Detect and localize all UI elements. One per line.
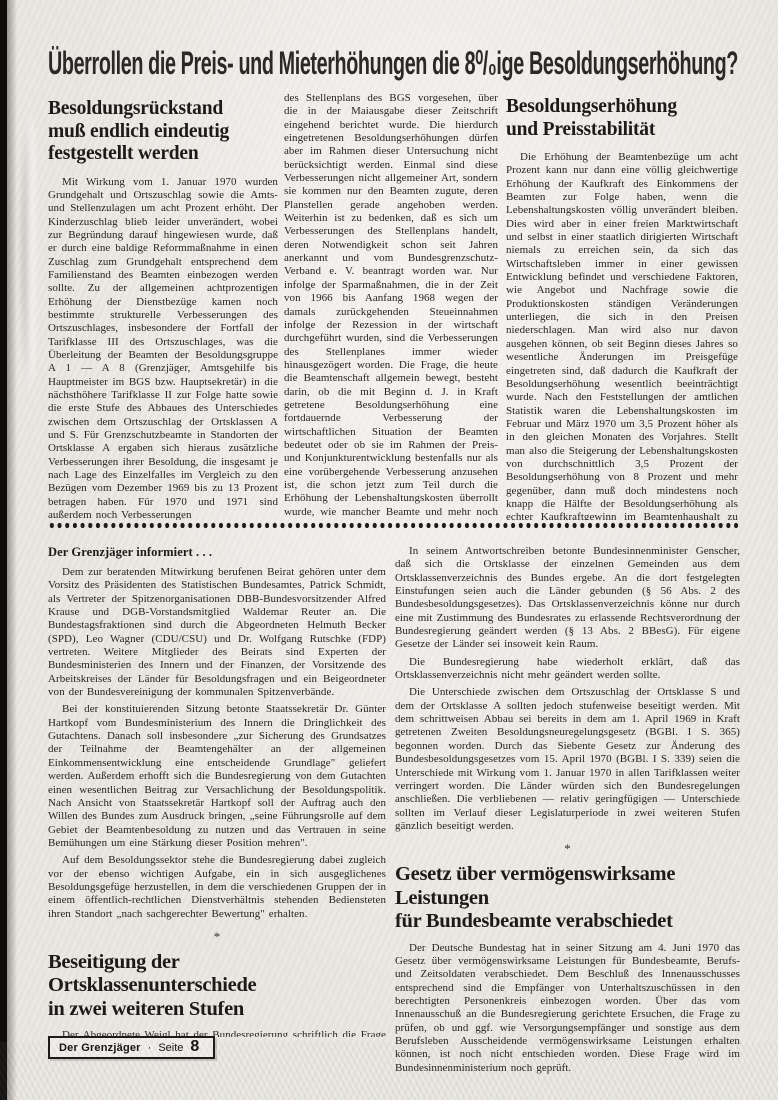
gesetz-subheading-line: für Bundesbeamte verabschiedet bbox=[395, 910, 740, 934]
scan-edge-strip bbox=[0, 0, 7, 1100]
lower-right-column: In seinem Antwortschreiben betonte Bunde… bbox=[395, 545, 740, 1075]
gesetz-subheading-line: Gesetz über vermögenswirksame Leistungen bbox=[395, 863, 740, 910]
main-headline-text: Überrollen die Preis- und Mieterhöhungen… bbox=[48, 44, 738, 82]
asterisk-separator: * bbox=[395, 842, 740, 856]
newspaper-page: Überrollen die Preis- und Mieterhöhungen… bbox=[0, 0, 778, 1100]
lower-left-column: Der Grenzjäger informiert . . . Dem zur … bbox=[48, 545, 386, 1037]
footer-dot-separator: · bbox=[148, 1042, 152, 1054]
col2-body-text: des Stellenplans des BGS vorgesehen, übe… bbox=[284, 92, 498, 520]
asterisk-separator: * bbox=[48, 930, 386, 944]
scan-artifact-smudge bbox=[22, 116, 38, 388]
gesetz-paragraph: Der Deutsche Bundestag hat in seiner Sit… bbox=[395, 942, 740, 1075]
lower-right-paragraph: In seinem Antwortschreiben betonte Bunde… bbox=[395, 545, 740, 652]
gesetz-subheading: Gesetz über vermögenswirksame Leistungen… bbox=[395, 863, 740, 934]
page-label: Seite bbox=[158, 1042, 183, 1054]
col1-body-text: Mit Wirkung vom 1. Januar 1970 wurden Gr… bbox=[48, 176, 278, 521]
col1-heading: Besoldungsrückstand muß endlich eindeuti… bbox=[48, 98, 278, 166]
main-headline: Überrollen die Preis- und Mieterhöhungen… bbox=[48, 44, 740, 84]
scan-edge-shadow bbox=[7, 0, 17, 1100]
ortsklassen-subheading: Beseitigung der Ortsklassenunterschiede … bbox=[48, 951, 386, 1022]
ortsklassen-subheading-line: in zwei weiteren Stufen bbox=[48, 998, 386, 1022]
page-number: 8 bbox=[190, 1041, 199, 1052]
col1-heading-line: muß endlich eindeutig bbox=[48, 121, 278, 144]
lower-left-paragraph: Bei der konstituierenden Sitzung betonte… bbox=[48, 703, 386, 850]
lower-right-paragraph: Die Unterschiede zwischen dem Ortszuschl… bbox=[395, 686, 740, 833]
page-footer-box: Der Grenzjäger · Seite 8 bbox=[48, 1036, 215, 1059]
lower-left-paragraph: Dem zur beratenden Mitwirkung berufenen … bbox=[48, 566, 386, 699]
col1-heading-line: festgestellt werden bbox=[48, 143, 278, 166]
lower-left-paragraph: Auf dem Besoldungssektor stehe die Bunde… bbox=[48, 854, 386, 921]
publication-name: Der Grenzjäger bbox=[59, 1042, 141, 1054]
column-preisstabilitaet: Besoldungserhöhung und Preisstabilität D… bbox=[506, 94, 738, 520]
col3-heading: Besoldungserhöhung und Preisstabilität bbox=[506, 96, 738, 141]
column-continuation: des Stellenplans des BGS vorgesehen, übe… bbox=[284, 92, 498, 520]
ortsklassen-subheading-line: Beseitigung der Ortsklassenunterschiede bbox=[48, 951, 386, 998]
dotted-divider-ornament bbox=[48, 521, 740, 530]
col3-body-text: Die Erhöhung der Beamtenbezüge um acht P… bbox=[506, 151, 738, 520]
lower-right-paragraph: Die Bundesregierung habe wiederholt erkl… bbox=[395, 656, 740, 683]
col3-heading-line: und Preisstabilität bbox=[506, 119, 738, 142]
col3-heading-line: Besoldungserhöhung bbox=[506, 96, 738, 119]
column-besoldungsrueckstand: Besoldungsrückstand muß endlich eindeuti… bbox=[48, 96, 278, 520]
informiert-kicker: Der Grenzjäger informiert . . . bbox=[48, 545, 386, 560]
col1-heading-line: Besoldungsrückstand bbox=[48, 98, 278, 121]
